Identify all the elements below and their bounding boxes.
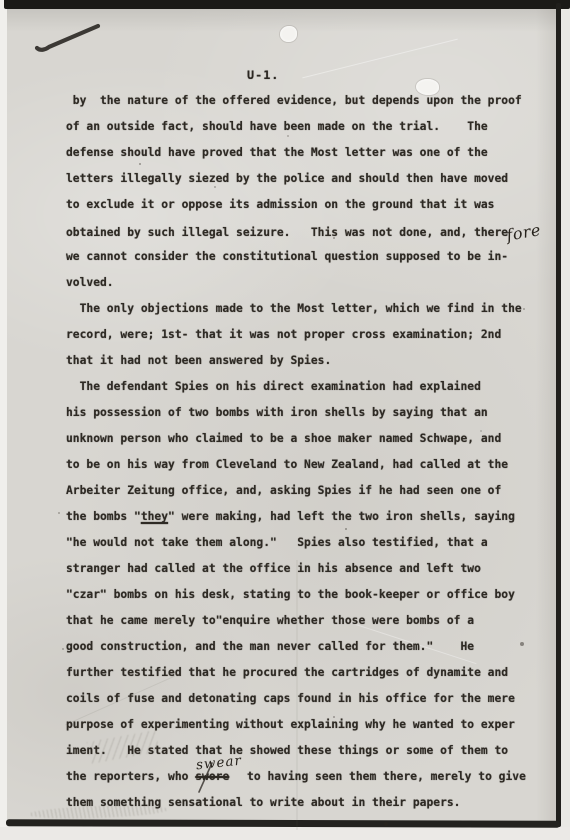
- text-segment: them something sensational to write abou…: [66, 790, 460, 816]
- text-segment: the bombs ": [66, 504, 141, 530]
- paragraph: The defendant Spies on his direct examin…: [66, 374, 536, 816]
- text-line: them something sensational to write abou…: [66, 790, 536, 816]
- text-line: to be on his way from Cleveland to New Z…: [66, 452, 536, 478]
- text-segment: that he came merely to"enquire whether t…: [66, 608, 474, 634]
- text-segment: record, were; 1st- that it was not prope…: [66, 322, 501, 348]
- scanned-document-page: U-1. by the nature of the offered eviden…: [0, 0, 570, 840]
- text-line: coils of fuse and detonating caps found …: [66, 686, 536, 712]
- text-line: purpose of experimenting without explain…: [66, 712, 536, 738]
- text-segment: obtained by such illegal seizure. This w…: [66, 220, 508, 246]
- text-segment: to having seen them there, merely to giv…: [240, 764, 526, 790]
- text-line: defense should have proved that the Most…: [66, 140, 536, 166]
- text-segment: good construction, and the man never cal…: [66, 634, 474, 660]
- text-line: his possession of two bombs with iron sh…: [66, 400, 536, 426]
- document-body: by the nature of the offered evidence, b…: [66, 88, 536, 816]
- text-segment: The only objections made to the Most let…: [66, 296, 522, 322]
- text-line: the bombs "they" were making, had left t…: [66, 504, 536, 530]
- text-line: we cannot consider the constitutional qu…: [66, 244, 536, 270]
- text-segment: stranger had called at the office in his…: [66, 556, 481, 582]
- text-segment: The defendant Spies on his direct examin…: [66, 374, 481, 400]
- text-segment: of an outside fact, should have been mad…: [66, 114, 488, 140]
- text-segment: his possession of two bombs with iron sh…: [66, 400, 488, 426]
- text-segment: defense should have proved that the Most…: [66, 140, 488, 166]
- text-line: "he would not take them along." Spies al…: [66, 530, 536, 556]
- paragraph: The only objections made to the Most let…: [66, 296, 536, 374]
- text-line: further testified that he procured the c…: [66, 660, 536, 686]
- text-line: of an outside fact, should have been mad…: [66, 114, 536, 140]
- text-line: The defendant Spies on his direct examin…: [66, 374, 536, 400]
- text-line: The only objections made to the Most let…: [66, 296, 536, 322]
- text-line: record, were; 1st- that it was not prope…: [66, 322, 536, 348]
- underlined-word: they: [141, 504, 168, 530]
- text-line: letters illegally siezed by the police a…: [66, 166, 536, 192]
- text-segment: volved.: [66, 270, 114, 296]
- text-line: that it had not been answered by Spies.: [66, 348, 536, 374]
- text-line: that he came merely to"enquire whether t…: [66, 608, 536, 634]
- text-segment: "he would not take them along." Spies al…: [66, 530, 488, 556]
- text-segment: purpose of experimenting without explain…: [66, 712, 515, 738]
- text-line: good construction, and the man never cal…: [66, 634, 536, 660]
- text-line: unknown person who claimed to be a shoe …: [66, 426, 536, 452]
- text-line: Arbeiter Zeitung office, and, asking Spi…: [66, 478, 536, 504]
- text-line: obtained by such illegal seizure. This w…: [66, 218, 536, 244]
- text-segment: the reporters, who: [66, 764, 195, 790]
- text-segment: to exclude it or oppose its admission on…: [66, 192, 494, 218]
- text-line: "czar" bombs on his desk, stating to the…: [66, 582, 536, 608]
- text-segment: " were making, had left the two iron she…: [168, 504, 515, 530]
- text-line: by the nature of the offered evidence, b…: [66, 88, 536, 114]
- text-segment: we cannot consider the constitutional qu…: [66, 244, 508, 270]
- text-segment: by the nature of the offered evidence, b…: [66, 88, 522, 114]
- text-segment: further testified that he procured the c…: [66, 660, 508, 686]
- handwritten-insert: swear: [196, 755, 243, 772]
- text-segment: Arbeiter Zeitung office, and, asking Spi…: [66, 478, 501, 504]
- text-line: iment. He stated that he showed these th…: [66, 738, 536, 764]
- paragraph: by the nature of the offered evidence, b…: [66, 88, 536, 296]
- text-segment: letters illegally siezed by the police a…: [66, 166, 508, 192]
- text-segment: that it had not been answered by Spies.: [66, 348, 331, 374]
- text-line: stranger had called at the office in his…: [66, 556, 536, 582]
- text-line: volved.: [66, 270, 536, 296]
- page-number-heading: U-1.: [247, 66, 279, 84]
- text-line: to exclude it or oppose its admission on…: [66, 192, 536, 218]
- text-segment: to be on his way from Cleveland to New Z…: [66, 452, 508, 478]
- text-segment: "czar" bombs on his desk, stating to the…: [66, 582, 515, 608]
- text-segment: iment. He stated that he showed these th…: [66, 738, 508, 764]
- text-segment: coils of fuse and detonating caps found …: [66, 686, 515, 712]
- text-segment: unknown person who claimed to be a shoe …: [66, 426, 501, 452]
- text-line: the reporters, who sworeswear to having …: [66, 764, 536, 790]
